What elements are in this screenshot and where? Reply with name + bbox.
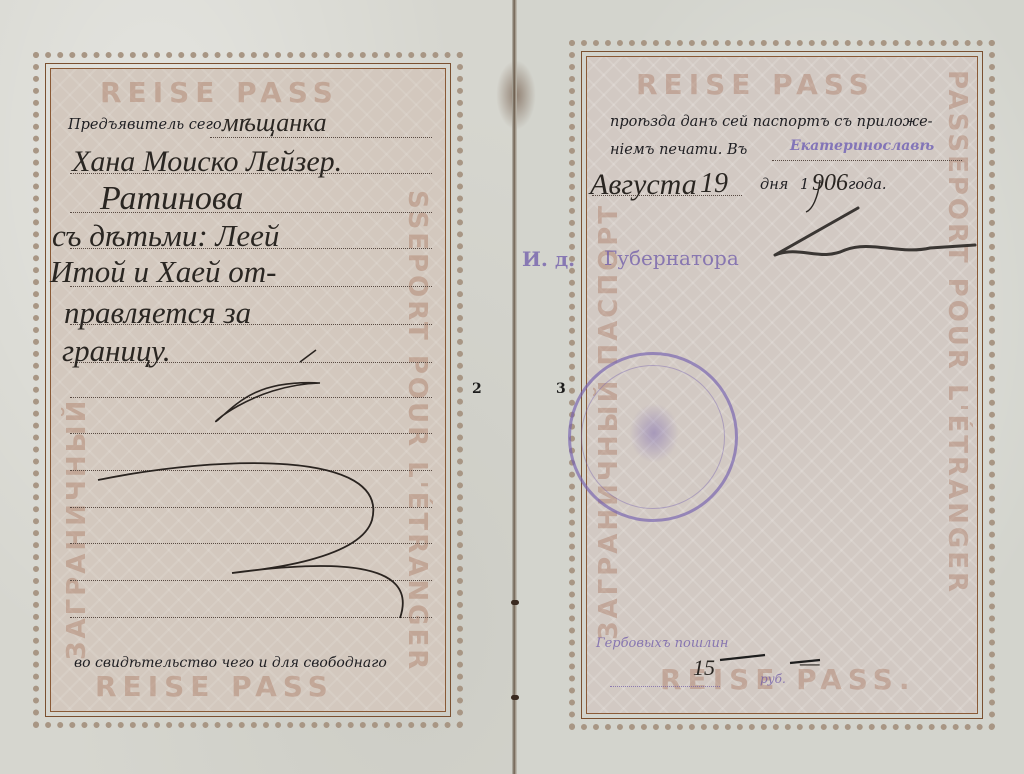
handwritten-surname: Ратинова xyxy=(100,180,243,218)
page-number-right: 3 xyxy=(556,381,566,397)
binding-stitch xyxy=(511,600,519,605)
stamped-city: Екатеринославѣ xyxy=(790,138,934,154)
printed-line-1: проѣзда данъ сей паспортъ съ приложе- xyxy=(610,114,933,130)
watermark-top: REISE PASS xyxy=(100,76,339,109)
eagle-emblem-icon xyxy=(629,403,679,463)
fee-stamp-label: Гербовыхъ пошлин xyxy=(596,636,728,651)
printed-day-label: дня xyxy=(760,177,788,193)
handwritten-month: Августа xyxy=(590,168,697,202)
watermark-top: REISE PASS xyxy=(636,68,875,101)
handwritten-day: 19 xyxy=(700,168,728,200)
printed-footer: во свидѣтельство чего и для свободнаго xyxy=(74,655,387,671)
handwritten-children: съ дѣтьми: Леей xyxy=(52,218,279,254)
book-spine xyxy=(512,0,517,774)
printed-bearer-label: Предъявитель сего xyxy=(68,117,222,133)
printed-line-2: ніемъ печати. Въ xyxy=(610,142,747,158)
handwritten-year: 906 xyxy=(812,170,848,197)
watermark-bottom: REISE PASS xyxy=(95,670,334,703)
stamp-acting-prefix: И. д. xyxy=(522,247,575,271)
page-number-left: 2 xyxy=(472,381,482,397)
printed-year-suffix: года. xyxy=(848,177,887,193)
handwritten-children-names: Итой и Хаей от- xyxy=(50,254,276,290)
handwritten-fee-kopecks: — xyxy=(800,650,820,676)
watermark-right-vertical: SSEPORT POUR L'ÉTRANGER xyxy=(402,190,432,672)
fee-unit: руб. xyxy=(760,672,786,686)
handwritten-estate: мѣщанка xyxy=(222,108,327,138)
watermark-right-vertical: PASSEPORT POUR L'ÉTRANGER xyxy=(942,70,972,595)
binding-stitch xyxy=(511,695,519,700)
watermark-left-vertical: ЗАГРАНИЧНЫЙ xyxy=(62,398,92,660)
stamp-governor-title: Губернатора xyxy=(604,246,739,270)
governor-seal xyxy=(568,352,738,522)
printed-year-prefix: 1 xyxy=(800,177,809,193)
handwritten-abroad: границу. xyxy=(62,333,171,369)
handwritten-name: Хана Моиско Лейзер. xyxy=(72,145,342,179)
handwritten-travel: правляется за xyxy=(64,295,251,331)
handwritten-fee-amount: 15 xyxy=(693,655,715,681)
